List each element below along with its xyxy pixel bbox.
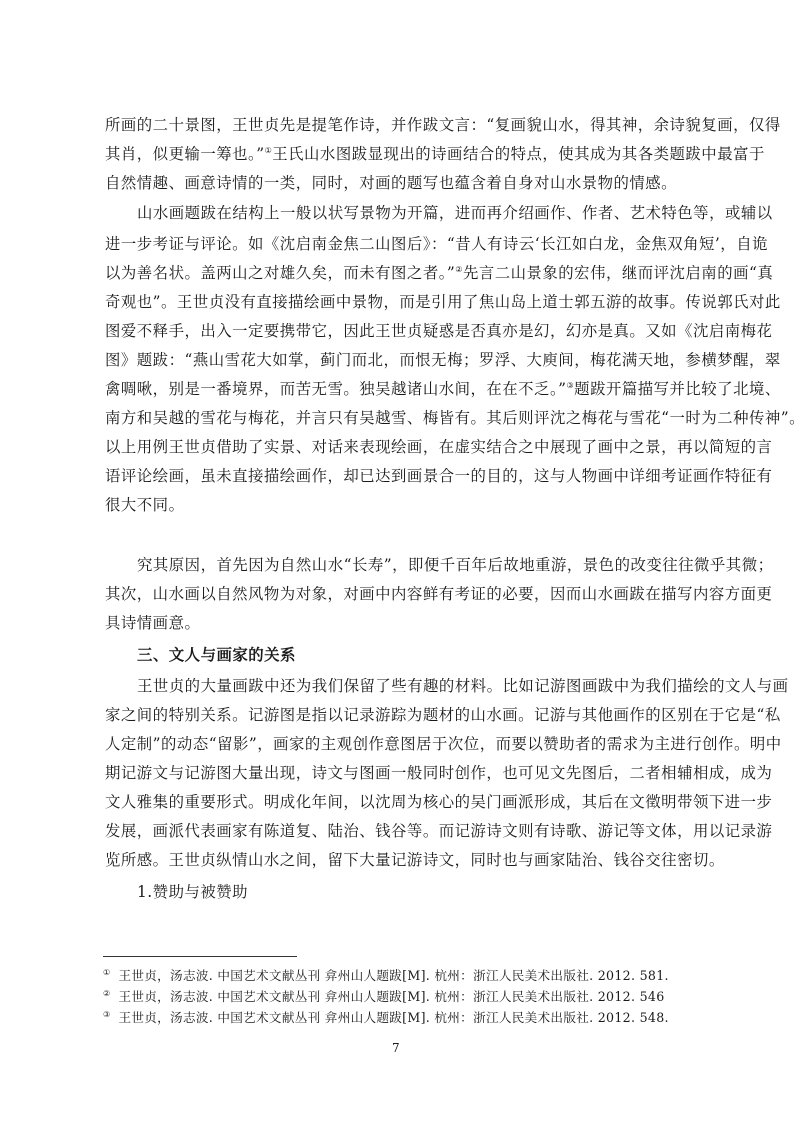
- text-line: 发展，画派代表画家有陈道复、陆治、钱谷等。而记游诗文则有诗歌、游记等文体，用以记…: [105, 821, 697, 841]
- footnote-text: 王世贞，汤志波. 中国艺术文献丛刊 弇州山人题跋[M]. 杭州：浙江人民美术出版…: [118, 989, 664, 1004]
- text-line: 其肖，似更输一筹也。”①王氏山水图跋显现出的诗画结合的特点，使其成为其各类题跋中…: [105, 144, 697, 164]
- page-number: 7: [392, 1041, 400, 1055]
- footnote-marker: ②: [103, 989, 110, 998]
- text-line: 家之间的特别关系。记游图是指以记录游踪为题材的山水画。记游与其他画作的区别在于它…: [105, 705, 697, 725]
- text-line: 王世贞的大量画跋中还为我们保留了些有趣的材料。比如记游图画跋中为我们描绘的文人与…: [137, 676, 697, 696]
- text-line: 图爱不释手，出入一定要携带它，因此王世贞疑惑是否真亦是幻，幻亦是真。又如《沈启南…: [105, 321, 697, 341]
- footnote-2: ②王世贞，汤志波. 中国艺术文献丛刊 弇州山人题跋[M]. 杭州：浙江人民美术出…: [103, 986, 665, 1005]
- text-line: 其次，山水画以自然风物为对象，对画中内容鲜有考证的必要，因而山水画跋在描写内容方…: [105, 584, 697, 604]
- text-line: 奇观也”。王世贞没有直接描绘画中景物，而是引用了焦山岛上道士郭五游的故事。传说郭…: [105, 292, 697, 312]
- section-heading: 三、文人与画家的关系: [137, 645, 697, 665]
- text-line: 禽啁啾，别是一番境界，而苦无雪。独吴越诸山水间，在在不乏。”③题跋开篇描写并比较…: [105, 379, 697, 399]
- text-line: 文人雅集的重要形式。明成化年间，以沈周为核心的吴门画派形成，其后在文徵明带领下进…: [105, 792, 697, 812]
- text-line: 具诗情画意。: [105, 613, 697, 633]
- text-line: 南方和吴越的雪花与梅花，并言只有吴越雪、梅皆有。其后则评沈之梅花与雪花“一时为二…: [105, 408, 697, 428]
- footnote-marker: ①: [103, 968, 110, 977]
- footnote-ref: ①: [265, 146, 273, 155]
- footnote-3: ③王世贞，汤志波. 中国艺术文献丛刊 弇州山人题跋[M]. 杭州：浙江人民美术出…: [103, 1007, 669, 1026]
- document-page: 所画的二十景图，王世贞先是提笔作诗，并作跋文言：“复画貌山水，得其神，余诗貌复画…: [0, 0, 800, 1132]
- text-line: 语评论绘画，虽未直接描绘画作，却已达到画景合一的目的，这与人物画中详细考证画作特…: [105, 466, 697, 486]
- text-line: 图》题跋：“燕山雪花大如掌，蓟门而北，而恨无梅；罗浮、大庾间，梅花满天地，参横梦…: [105, 350, 697, 370]
- text-line: 所画的二十景图，王世贞先是提笔作诗，并作跋文言：“复画貌山水，得其神，余诗貌复画…: [105, 115, 697, 135]
- footnote-1: ①王世贞，汤志波. 中国艺术文献丛刊 弇州山人题跋[M]. 杭州：浙江人民美术出…: [103, 965, 669, 984]
- text-line: 自然情趣、画意诗情的一类，同时，对画的题写也蕴含着自身对山水景物的情感。: [105, 173, 697, 193]
- text-line: 期记游文与记游图大量出现，诗文与图画一般同时创作，也可见文先图后，二者相辅相成，…: [105, 763, 697, 783]
- footnote-marker: ③: [103, 1010, 110, 1019]
- text-line: 以为善名状。盖两山之对雄久矣，而未有图之者。”②先言二山景象的宏伟，继而评沈启南…: [105, 263, 697, 283]
- text-line: 进一步考证与评论。如《沈启南金焦二山图后》：“昔人有诗云‘长江如白龙，金焦双角短…: [105, 234, 697, 254]
- text-line: 山水画题跋在结构上一般以状写景物为开篇，进而再介绍画作、作者、艺术特色等，或辅以: [137, 203, 697, 223]
- footnote-text: 王世贞，汤志波. 中国艺术文献丛刊 弇州山人题跋[M]. 杭州：浙江人民美术出版…: [118, 1010, 668, 1025]
- text-line: 览所感。王世贞纵情山水之间，留下大量记游诗文，同时也与画家陆治、钱谷交往密切。: [105, 850, 697, 870]
- footnote-ref: ③: [567, 381, 575, 390]
- text-line: 人定制”的动态“留影”，画家的主观创作意图居于次位，而要以赞助者的需求为主进行创…: [105, 734, 697, 754]
- text-line: 以上用例王世贞借助了实景、对话来表现绘画，在虚实结合之中展现了画中之景，再以简短…: [105, 437, 697, 457]
- footnote-divider: [103, 956, 297, 957]
- text-line: 很大不同。: [105, 495, 697, 515]
- text-line: 1.赞助与被赞助: [137, 882, 697, 902]
- footnote-ref: ②: [455, 265, 463, 274]
- text-line: 究其原因，首先因为自然山水“长寿”，即便千百年后故地重游，景色的改变往往微乎其微…: [137, 555, 697, 575]
- footnote-text: 王世贞，汤志波. 中国艺术文献丛刊 弇州山人题跋[M]. 杭州：浙江人民美术出版…: [118, 968, 668, 983]
